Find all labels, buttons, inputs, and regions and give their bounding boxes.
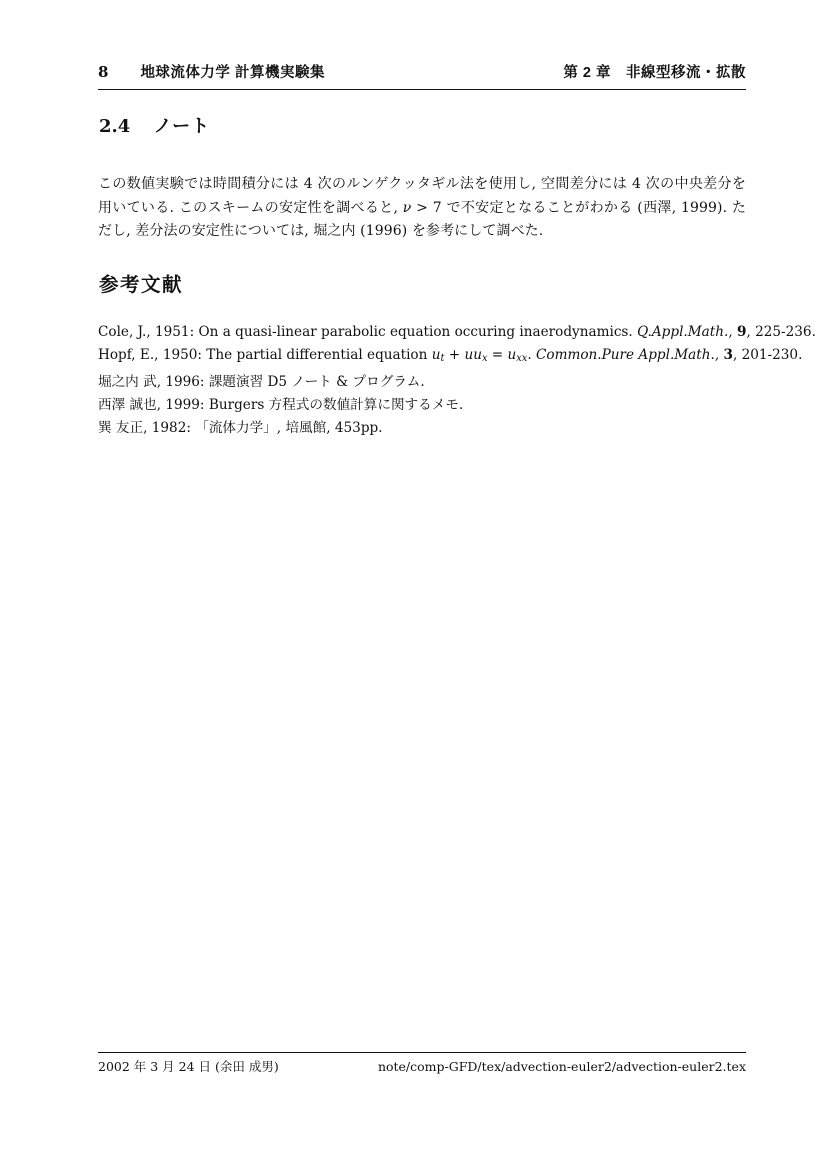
text-run: Common.Pure Appl.Math.	[536, 347, 715, 363]
text-run: + uu	[444, 347, 482, 363]
section-heading: 2.4 ノート	[99, 113, 210, 140]
references-heading: 参考文献	[99, 271, 183, 299]
header-left-title: 地球流体力学 計算機実験集	[140, 63, 325, 83]
header-left: 8 地球流体力学 計算機実験集	[98, 62, 325, 83]
reference-item: 巽 友正, 1982: 「流体力学」, 培風館, 453pp.	[98, 417, 748, 440]
reference-item: 堀之内 武, 1996: 課題演習 D5 ノート & プログラム.	[98, 371, 748, 394]
footer-file-path: note/comp-GFD/tex/advection-euler2/advec…	[378, 1058, 746, 1075]
footer-date: 2002 年 3 月 24 日 (余田 成男)	[98, 1058, 279, 1075]
document-page: 8 地球流体力学 計算機実験集 第 2 章 非線型移流・拡散 2.4 ノート こ…	[0, 0, 826, 1169]
note-paragraph: この数値実験では時間積分には 4 次のルンゲクッタギル法を使用し, 空間差分には…	[98, 173, 746, 244]
text-run: 西澤 誠也, 1999: Burgers 方程式の数値計算に関するメモ.	[98, 397, 463, 413]
running-header: 8 地球流体力学 計算機実験集 第 2 章 非線型移流・拡散	[98, 62, 746, 90]
text-run: 3	[723, 347, 732, 363]
text-run: , 225-236.	[746, 324, 815, 340]
text-run: 堀之内 武, 1996: 課題演習 D5 ノート & プログラム.	[98, 374, 425, 390]
text-run: xx	[516, 353, 527, 364]
text-run: 巽 友正, 1982: 「流体力学」, 培風館, 453pp.	[98, 420, 383, 436]
text-run: ,	[728, 324, 737, 340]
text-run: .	[527, 347, 536, 363]
reference-item: Hopf, E., 1950: The partial differential…	[98, 344, 748, 370]
header-right-title: 第 2 章 非線型移流・拡散	[563, 63, 746, 83]
reference-list: Cole, J., 1951: On a quasi-linear parabo…	[98, 321, 748, 440]
reference-item: Cole, J., 1951: On a quasi-linear parabo…	[98, 321, 748, 344]
page-footer: 2002 年 3 月 24 日 (余田 成男) note/comp-GFD/te…	[98, 1052, 746, 1075]
text-run: = u	[487, 347, 516, 363]
text-run: Cole, J., 1951: On a quasi-linear parabo…	[98, 324, 637, 340]
reference-item: 西澤 誠也, 1999: Burgers 方程式の数値計算に関するメモ.	[98, 394, 748, 417]
text-run: , 201-230.	[733, 347, 802, 363]
page-number: 8	[98, 62, 108, 82]
section-title: ノート	[154, 116, 210, 136]
text-run: Hopf, E., 1950: The partial differential…	[98, 347, 432, 363]
section-number: 2.4	[99, 116, 130, 137]
text-run: Q.Appl.Math.	[637, 324, 728, 340]
